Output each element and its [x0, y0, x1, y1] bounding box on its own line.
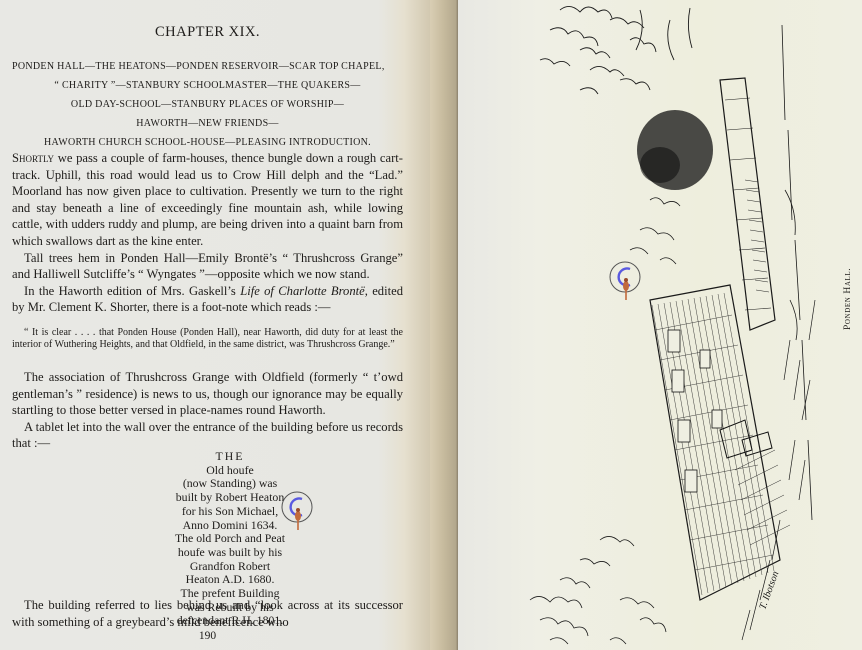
- loading-cursor-icon: [280, 490, 316, 536]
- chapter-title: CHAPTER XIX.: [0, 24, 415, 41]
- summary-line: Old Day-School—Stanbury Places of Worshi…: [0, 95, 415, 114]
- body-text-middle: The association of Thrushcross Grange wi…: [12, 369, 403, 452]
- chapter-summary: Ponden Hall—The Heatons—Ponden Reservoir…: [0, 57, 415, 152]
- footnote-text: “ It is clear . . . . that Ponden House …: [12, 327, 403, 350]
- body-text-upper: Shortly we pass a couple of farm-houses,…: [12, 150, 403, 316]
- paragraph: A tablet let into the wall over the entr…: [12, 419, 403, 452]
- inscription-line: Old houfe: [130, 464, 330, 478]
- body-text-lower: The building referred to lies behind us …: [12, 597, 403, 630]
- quoted-footnote: “ It is clear . . . . that Ponden House …: [12, 327, 403, 350]
- paragraph-text: we pass a couple of farm-houses, thence …: [12, 151, 403, 248]
- book-gutter: [430, 0, 458, 650]
- paragraph-text: In the Haworth edition of Mrs. Gaskell’s: [24, 284, 240, 298]
- paragraph: In the Haworth edition of Mrs. Gaskell’s…: [12, 283, 403, 316]
- plate-caption: Ponden Hall.: [843, 268, 853, 330]
- inscription-line: THE: [130, 450, 330, 464]
- page-number: 190: [0, 630, 415, 642]
- loading-cursor-icon: [608, 260, 644, 306]
- book-title: Life of Charlotte Brontë: [240, 284, 365, 298]
- inscription-line: houfe was built by his: [130, 546, 330, 560]
- paragraph: The association of Thrushcross Grange wi…: [12, 369, 403, 419]
- paragraph-lead: Shortly: [12, 151, 54, 165]
- ponden-hall-illustration: T. Ibotson: [520, 0, 840, 650]
- paragraph: The building referred to lies behind us …: [12, 597, 403, 630]
- summary-line: “ Charity ”—Stanbury Schoolmaster—The Qu…: [0, 76, 415, 95]
- paragraph: Shortly we pass a couple of farm-houses,…: [12, 150, 403, 250]
- artist-signature: T. Ibotson: [757, 570, 781, 611]
- left-page: CHAPTER XIX. Ponden Hall—The Heatons—Pon…: [0, 0, 430, 650]
- summary-line: Ponden Hall—The Heatons—Ponden Reservoir…: [0, 57, 415, 76]
- inscription-line: Heaton A.D. 1680.: [130, 573, 330, 587]
- paragraph: Tall trees hem in Ponden Hall—Emily Bron…: [12, 250, 403, 283]
- summary-line: Haworth—New Friends—: [0, 114, 415, 133]
- inscription-line: Grandfon Robert: [130, 560, 330, 574]
